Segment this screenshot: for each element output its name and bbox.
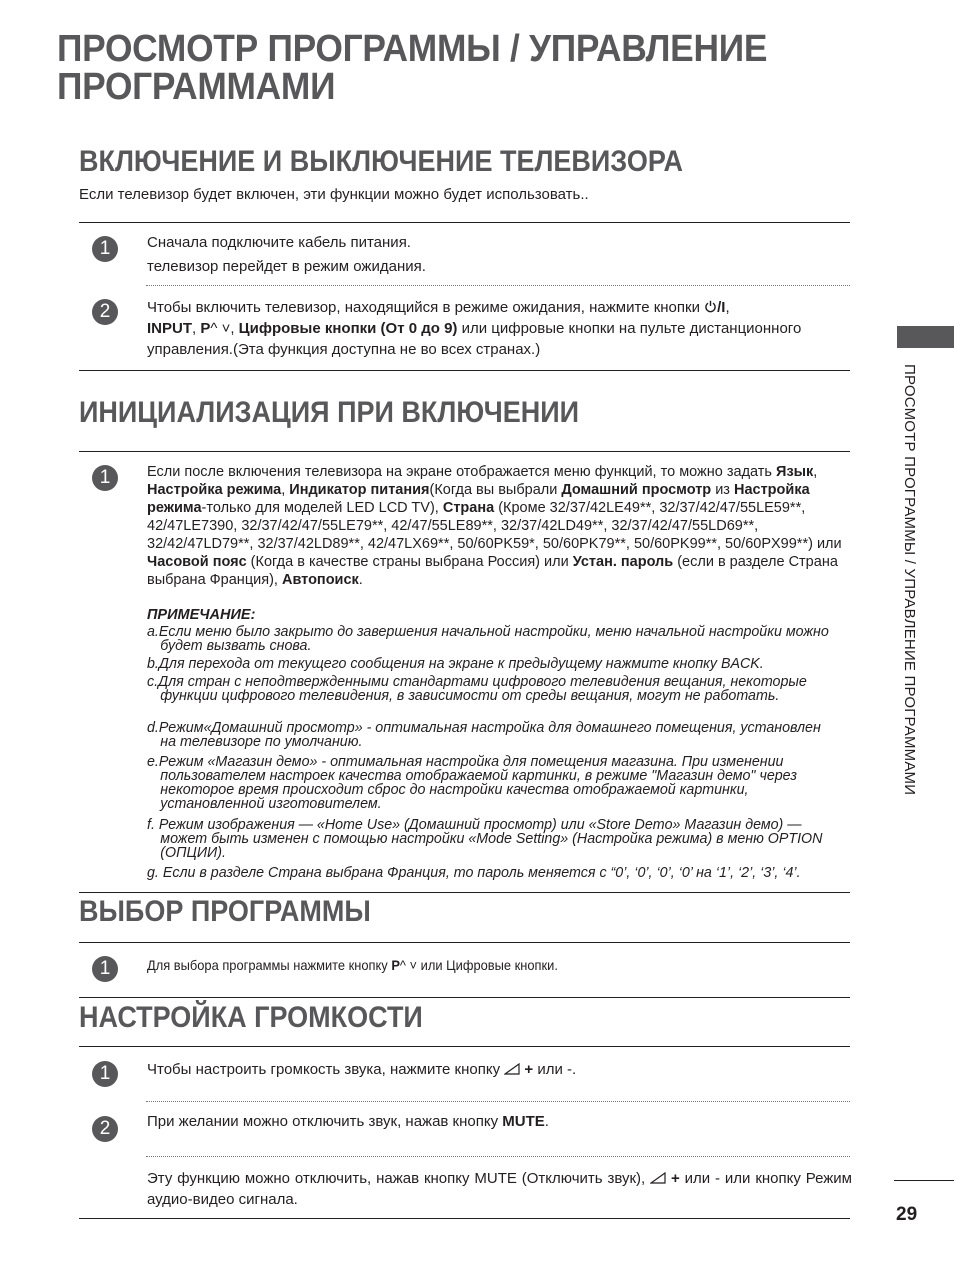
text-bold: Настройка режима: [147, 482, 281, 498]
volume-icon: [504, 1060, 520, 1072]
program-arrows-icon: ^ ˅: [400, 957, 417, 973]
text-run: Чтобы включить телевизор, находящийся в …: [147, 299, 704, 316]
note-a: a.Если меню было закрыто до завершения н…: [147, 625, 835, 653]
text-run: или Цифровые кнопки.: [417, 957, 558, 973]
text-bold: +: [524, 1061, 533, 1078]
text-run: Чтобы настроить громкость звука, нажмите…: [147, 1061, 504, 1078]
text-run: или -.: [533, 1061, 576, 1078]
divider: [79, 1046, 850, 1047]
text-run: .: [359, 572, 363, 588]
divider: [79, 222, 850, 223]
page-number-rule: [894, 1180, 954, 1181]
note-c: c.Для стран с неподтвержденными стандарт…: [147, 675, 835, 703]
text-bold: Домашний просмотр: [561, 482, 711, 498]
note-f: f. Режим изображения — «Home Use» (Домаш…: [147, 818, 835, 860]
page-number: 29: [896, 1204, 917, 1226]
text-run: Эту функцию можно отключить, нажав кнопк…: [147, 1170, 650, 1187]
note-d: d.Режим«Домашний просмотр» - оптимальная…: [147, 721, 835, 749]
step-text: Чтобы включить телевизор, находящийся в …: [147, 297, 852, 360]
divider: [79, 997, 850, 998]
step-text: Если после включения телевизора на экран…: [147, 463, 852, 589]
text-run: (Когда в качестве страны выбрана Россия)…: [247, 554, 573, 570]
step-number-1: 1: [92, 236, 118, 262]
text-run: ,: [230, 320, 238, 337]
step-text: Сначала подключите кабель питания. телев…: [147, 232, 852, 277]
step-number-2: 2: [92, 1116, 118, 1142]
step-text: Эту функцию можно отключить, нажав кнопк…: [147, 1168, 852, 1210]
text-run: ,: [813, 464, 817, 480]
note-title: ПРИМЕЧАНИЕ:: [147, 607, 255, 623]
section-title-power: ВКЛЮЧЕНИЕ И ВЫКЛЮЧЕНИЕ ТЕЛЕВИЗОРА: [79, 145, 683, 179]
chapter-side-label: ПРОСМОТР ПРОГРАММЫ / УПРАВЛЕНИЕ ПРОГРАММ…: [894, 364, 918, 864]
divider: [79, 1218, 850, 1219]
dotted-divider: [146, 1156, 850, 1157]
divider: [79, 451, 850, 452]
text-bold: Индикатор питания: [289, 482, 429, 498]
note-g: g. Если в разделе Страна выбрана Франция…: [147, 866, 835, 880]
section-title-init: ИНИЦИАЛИЗАЦИЯ ПРИ ВКЛЮЧЕНИИ: [79, 396, 579, 430]
p-key: P: [391, 957, 400, 973]
divider: [79, 942, 850, 943]
note-b: b.Для перехода от текущего сообщения на …: [147, 657, 835, 671]
step-text: Чтобы настроить громкость звука, нажмите…: [147, 1059, 852, 1080]
step-text: Для выбора программы нажмите кнопку P^ ˅…: [147, 955, 796, 976]
divider: [79, 370, 850, 371]
step-number-1: 1: [92, 465, 118, 491]
section-title-program: ВЫБОР ПРОГРАММЫ: [79, 895, 371, 929]
text-bold: Страна: [443, 500, 494, 516]
section-subtitle-power: Если телевизор будет включен, эти функци…: [79, 186, 589, 203]
dotted-divider: [146, 1101, 850, 1102]
text-run: Для выбора программы нажмите кнопку: [147, 957, 391, 973]
step-line: Сначала подключите кабель питания.: [147, 232, 852, 253]
step-line: телевизор перейдет в режим ожидания.: [147, 256, 852, 277]
step-number-2: 2: [92, 299, 118, 325]
text-bold: Часовой пояс: [147, 554, 247, 570]
text-bold: Устан. пароль: [573, 554, 673, 570]
section-title-volume: НАСТРОЙКА ГРОМКОСТИ: [79, 1001, 423, 1035]
dotted-divider: [146, 285, 850, 286]
program-arrows-icon: ^ ˅: [210, 320, 230, 337]
digit-keys: Цифровые кнопки (От 0 до 9): [239, 320, 458, 337]
text-run: ,: [725, 299, 729, 316]
text-run: (Когда вы выбрали: [430, 482, 562, 498]
text-run: При желании можно отключить звук, нажав …: [147, 1113, 502, 1130]
input-key: INPUT: [147, 320, 192, 337]
divider: [79, 892, 850, 893]
text-bold: +: [671, 1170, 680, 1187]
text-run: из: [711, 482, 734, 498]
text-run: Если после включения телевизора на экран…: [147, 464, 776, 480]
step-number-1: 1: [92, 1061, 118, 1087]
text-run: .: [545, 1113, 549, 1130]
text-bold: Язык: [776, 464, 813, 480]
p-key: P: [200, 320, 210, 337]
mute-key: MUTE: [502, 1113, 545, 1130]
volume-icon: [650, 1169, 666, 1181]
page-title: ПРОСМОТР ПРОГРАММЫ / УПРАВЛЕНИЕ ПРОГРАММ…: [57, 30, 820, 106]
text-run: -только для моделей LED LCD TV),: [202, 500, 443, 516]
power-icon: [704, 297, 717, 318]
note-e: e.Режим «Магазин демо» - оптимальная нас…: [147, 755, 835, 811]
step-number-1: 1: [92, 956, 118, 982]
step-text: При желании можно отключить звук, нажав …: [147, 1111, 852, 1132]
text-bold: Автопоиск: [282, 572, 359, 588]
chapter-tab: [897, 326, 954, 348]
